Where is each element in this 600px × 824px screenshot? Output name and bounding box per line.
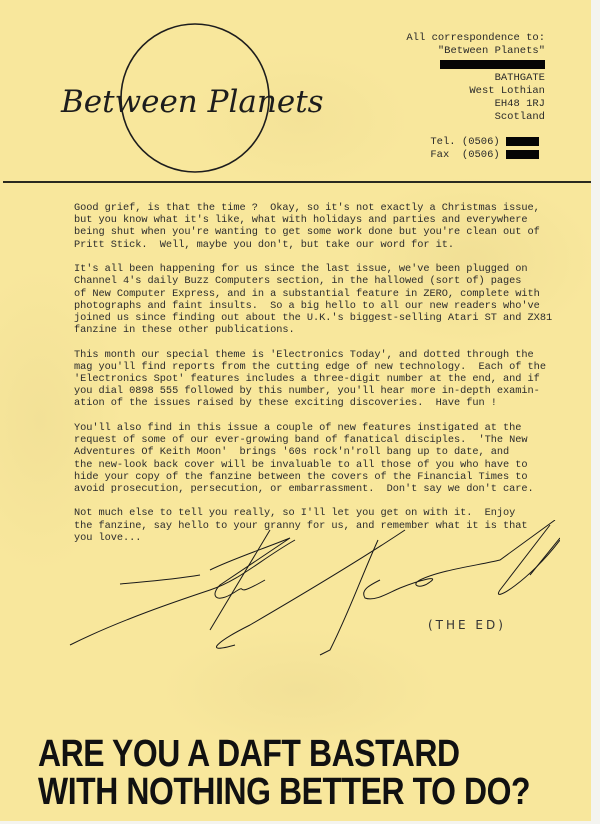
address-name: "Between Planets" [406,45,545,58]
fanzine-page: Between Planets All correspondence to: "… [0,0,591,821]
headline-line-1: ARE YOU A DAFT BASTARD [38,735,530,773]
between-planets-logo: Between Planets [55,20,355,180]
editorial-paragraph: Good grief, is that the time ? Okay, so … [74,202,574,251]
tel-row: Tel. (0506) [430,136,545,149]
header-divider [3,181,591,183]
tel-code: (0506) [462,136,500,148]
editorial-paragraph: It's all been happening for us since the… [74,263,574,336]
editorial-paragraph: You'll also find in this issue a couple … [74,422,574,495]
editorial-text: Good grief, is that the time ? Okay, so … [74,202,574,556]
correspondence-address: All correspondence to: "Between Planets"… [406,32,545,162]
fax-code: (0506) [462,149,500,161]
redacted-street [440,60,545,69]
redacted-tel [506,137,539,146]
address-postcode: EH48 1RJ [406,98,545,111]
address-heading: All correspondence to: [406,32,545,45]
headline-line-2: WITH NOTHING BETTER TO DO? [38,773,530,811]
tel-label: Tel. [430,136,455,148]
address-country: Scotland [406,111,545,124]
redacted-fax [506,150,539,159]
editor-signature [60,520,560,670]
contact-numbers: Tel. (0506) Fax (0506) [430,136,545,162]
editor-signoff: (THE ED) [428,618,506,632]
fax-row: Fax (0506) [430,149,545,162]
address-town: BATHGATE [406,72,545,85]
back-cover-headline: ARE YOU A DAFT BASTARD WITH NOTHING BETT… [38,735,530,811]
address-county: West Lothian [406,85,545,98]
logo-text: Between Planets [60,84,324,120]
editorial-paragraph: This month our special theme is 'Electro… [74,349,574,410]
fax-label: Fax [430,149,449,161]
